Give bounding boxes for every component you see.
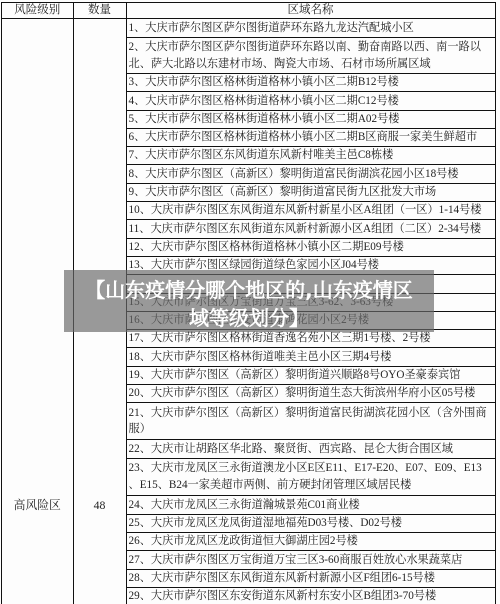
row-text: 18、大庆市萨尔图区格林街道唯美主邑小区三期4号楼 bbox=[129, 349, 495, 366]
title-overlay-banner[interactable]: 【山东疫情分哪个地区的,山东疫情区 域等级划分】 bbox=[64, 270, 434, 332]
row-text: 11、大庆市萨尔图区东风街道东风新村新源小区A组团（二区）2-34号楼 bbox=[129, 221, 495, 238]
row-text: 2、大庆市萨尔图区萨尔图街道萨环东路以南、勤奋南路以西、南一路以 bbox=[129, 39, 495, 56]
row-text: 28、大庆市萨尔图区东风街道东风新村新源小区F组团6-15号楼 bbox=[129, 570, 495, 587]
table-row: 27、大庆市萨尔图区万宝街道万宝三区3-60商服百姓放心水果蔬菜店 bbox=[127, 551, 496, 569]
banner-title-line-1: 【山东疫情分哪个地区的,山东疫情区 bbox=[64, 276, 434, 304]
row-text: 12、大庆市萨尔图区格林街道格林小镇小区二期E09号楼 bbox=[129, 239, 495, 256]
row-text: 19、大庆市萨尔图区（高新区）黎明街道兴顺路8号OYO圣豪泰宾馆 bbox=[129, 367, 495, 384]
row-text-continued: 北、萨大北路以东建材市场、陶瓷大市场、石材市场所属区域 bbox=[129, 56, 495, 73]
header-risk-level: 风险级别 bbox=[2, 3, 74, 19]
table-row: 11、大庆市萨尔图区东风街道东风新村新源小区A组团（二区）2-34号楼 bbox=[127, 220, 496, 238]
article-image: 风险级别 数量 区域名称 高风险区 48 1、大庆市萨尔图区萨尔图街道萨环东路九… bbox=[0, 0, 500, 604]
table-row: 29、大庆市萨尔图区东安街道东风新村东安小区B组团3-70号楼 bbox=[127, 588, 496, 604]
row-text: 29、大庆市萨尔图区东安街道东风新村东安小区B组团3-70号楼 bbox=[129, 588, 495, 604]
table-row: 8、大庆市萨尔图区（高新区）黎明街道富民街湖滨花园小区18号楼 bbox=[127, 165, 496, 183]
table-row: 18、大庆市萨尔图区格林街道唯美主邑小区三期4号楼 bbox=[127, 348, 496, 366]
count-value: 48 bbox=[74, 497, 126, 513]
table-row: 7、大庆市萨尔图区东风街道东风新村唯美主邑C8栋楼 bbox=[127, 147, 496, 165]
table-row: 24、大庆市龙凤区三永街道瀚城景苑C01商业楼 bbox=[127, 496, 496, 514]
row-text: 6、大庆市萨尔图区格林街道格林小镇小区二期B区商服一家美生鲜超市 bbox=[129, 129, 495, 146]
table-row: 2、大庆市萨尔图区萨尔图街道萨环东路以南、勤奋南路以西、南一路以北、萨大北路以东… bbox=[127, 38, 496, 74]
row-text: 23、大庆市龙凤区三永街道澳龙小区E区E11、E17-E20、E07、E09、E… bbox=[129, 460, 495, 477]
row-text: 1、大庆市萨尔图区萨尔图街道萨环东路九龙达汽配城小区 bbox=[129, 20, 495, 37]
table-row: 9、大庆市萨尔图区（高新区）黎明街道富民街九区批发大市场 bbox=[127, 184, 496, 202]
table-row: 6、大庆市萨尔图区格林街道格林小镇小区二期B区商服一家美生鲜超市 bbox=[127, 129, 496, 147]
row-text: 8、大庆市萨尔图区（高新区）黎明街道富民街湖滨花园小区18号楼 bbox=[129, 166, 495, 183]
header-area-name: 区域名称 bbox=[127, 3, 496, 19]
table-row: 28、大庆市萨尔图区东风街道东风新村新源小区F组团6-15号楼 bbox=[127, 570, 496, 588]
row-text: 20、大庆市萨尔图区（高新区）黎明街道生态大街滨州华府小区05号楼 bbox=[129, 385, 495, 402]
table-row: 23、大庆市龙凤区三永街道澳龙小区E区E11、E17-E20、E07、E09、E… bbox=[127, 459, 496, 497]
table-row: 5、大庆市萨尔图区格林街道格林小镇小区二期A02号楼 bbox=[127, 111, 496, 129]
row-text: 22、大庆市让胡路区华北路、聚贤街、西宾路、昆仑大街合围区域 bbox=[129, 441, 495, 458]
row-text: 5、大庆市萨尔图区格林街道格林小镇小区二期A02号楼 bbox=[129, 111, 495, 128]
row-text-continued: 、E15、B24一家美超市两侧、前方硬封闭管理区域居民楼 bbox=[129, 477, 495, 494]
row-text: 3、大庆市萨尔图区格林街道格林小镇小区二期B12号楼 bbox=[129, 74, 495, 91]
table-row: 4、大庆市萨尔图区格林街道格林小镇小区二期C12号楼 bbox=[127, 92, 496, 110]
table-row: 26、大庆市龙凤区龙政街道恒大御湖庄园2号楼 bbox=[127, 533, 496, 551]
banner-title-line-2: 域等级划分】 bbox=[64, 304, 434, 332]
table-row: 21、大庆市萨尔图区（高新区）黎明街道富民街湖滨花园小区（含外围商服） bbox=[127, 403, 496, 440]
row-text: 7、大庆市萨尔图区东风街道东风新村唯美主邑C8栋楼 bbox=[129, 147, 495, 164]
row-text: 26、大庆市龙凤区龙政街道恒大御湖庄园2号楼 bbox=[129, 533, 495, 550]
row-text: 27、大庆市萨尔图区万宝街道万宝三区3-60商服百姓放心水果蔬菜店 bbox=[129, 552, 495, 569]
table-row: 3、大庆市萨尔图区格林街道格林小镇小区二期B12号楼 bbox=[127, 74, 496, 92]
row-text: 17、大庆市萨尔图区格林街道香逸名苑小区三期1号楼、2号楼 bbox=[129, 330, 495, 347]
row-text: 9、大庆市萨尔图区（高新区）黎明街道富民街九区批发大市场 bbox=[129, 184, 495, 201]
table-row: 17、大庆市萨尔图区格林街道香逸名苑小区三期1号楼、2号楼 bbox=[127, 330, 496, 348]
row-text: 24、大庆市龙凤区三永街道瀚城景苑C01商业楼 bbox=[129, 497, 495, 514]
row-text: 4、大庆市萨尔图区格林街道格林小镇小区二期C12号楼 bbox=[129, 93, 495, 110]
table-row: 12、大庆市萨尔图区格林街道格林小镇小区二期E09号楼 bbox=[127, 239, 496, 257]
table-row: 25、大庆市龙凤区龙凤街道湿地福苑D03号楼、D02号楼 bbox=[127, 515, 496, 533]
risk-level-label: 高风险区 bbox=[2, 497, 73, 513]
table-row: 10、大庆市萨尔图区东风街道东风新村新星小区A组团（一区）1-14号楼 bbox=[127, 202, 496, 220]
row-text: 25、大庆市龙凤区龙凤街道湿地福苑D03号楼、D02号楼 bbox=[129, 515, 495, 532]
risk-level-cell: 高风险区 bbox=[2, 19, 74, 604]
row-text-continued: 服） bbox=[129, 421, 495, 438]
table-row: 19、大庆市萨尔图区（高新区）黎明街道兴顺路8号OYO圣豪泰宾馆 bbox=[127, 367, 496, 385]
row-text: 21、大庆市萨尔图区（高新区）黎明街道富民街湖滨花园小区（含外围商 bbox=[129, 405, 495, 422]
table-row: 1、大庆市萨尔图区萨尔图街道萨环东路九龙达汽配城小区 bbox=[127, 19, 496, 38]
row-text: 10、大庆市萨尔图区东风街道东风新村新星小区A组团（一区）1-14号楼 bbox=[129, 202, 495, 219]
header-count: 数量 bbox=[74, 3, 127, 19]
table-row: 20、大庆市萨尔图区（高新区）黎明街道生态大街滨州华府小区05号楼 bbox=[127, 385, 496, 403]
table-row: 22、大庆市让胡路区华北路、聚贤街、西宾路、昆仑大街合围区域 bbox=[127, 440, 496, 459]
